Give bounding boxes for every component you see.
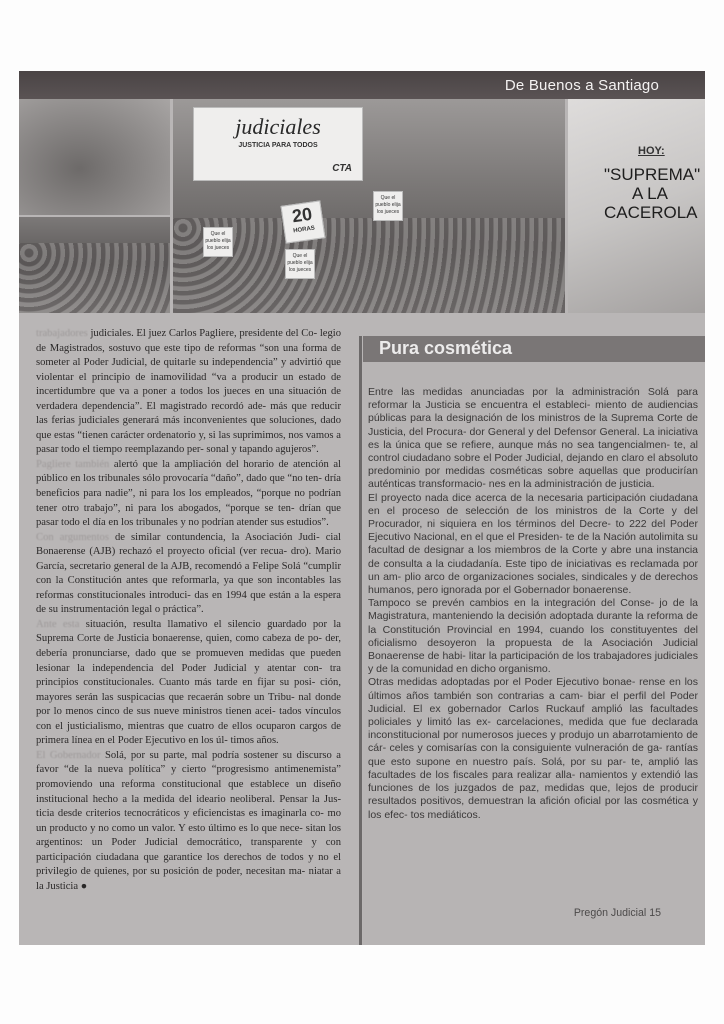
column-divider	[359, 336, 362, 945]
placard-text: Que el pueblo elija los jueces	[205, 231, 230, 251]
faded-lead: trabajadores	[36, 328, 90, 339]
sign-20-number: 20	[291, 204, 314, 227]
magazine-page: De Buenos a Santiago judiciales JUSTICIA…	[19, 71, 705, 945]
article-paragraph: Pagliere también alertó que la ampliació…	[36, 458, 341, 531]
banner-sub-text: JUSTICIA PARA TODOS	[194, 142, 362, 149]
section-title: De Buenos a Santiago	[505, 77, 659, 94]
sidebar-box-pura-cosmetica: Pura cosmética Entre las medidas anuncia…	[363, 336, 705, 945]
cta-logo: CTA	[332, 163, 352, 174]
cacerola-text: "SUPREMA" A LA CACEROLA	[604, 165, 696, 222]
faded-lead: Con argumentos	[36, 532, 115, 543]
paragraph-text: judiciales. El juez Carlos Pagliere, pre…	[36, 328, 341, 455]
banner-judiciales: judiciales JUSTICIA PARA TODOS CTA	[193, 107, 363, 181]
sidebar-box-body: Entre las medidas anunciadas por la admi…	[368, 386, 698, 822]
faded-lead: El Gobernador	[36, 750, 105, 761]
sign-placard: Que el pueblo elija los jueces	[285, 249, 315, 279]
sidebar-paragraph: Otras medidas adoptadas por el Poder Eje…	[368, 676, 698, 821]
paragraph-text: situación, resulta llamativo el silencio…	[36, 619, 341, 746]
section-banner: De Buenos a Santiago	[19, 71, 705, 99]
article-paragraph: Con argumentos de similar contundencia, …	[36, 531, 341, 618]
photo-blurred-crowd-bottom	[19, 217, 170, 313]
sidebar-box-title: Pura cosmética	[379, 338, 512, 359]
page-footer: Pregón Judicial 15	[574, 907, 661, 919]
article-paragraph: El Gobernador Solá, por su parte, mal po…	[36, 749, 341, 894]
sign-20-label: HORAS	[285, 223, 324, 236]
crowd-texture	[19, 243, 170, 313]
banner-main-text: judiciales	[194, 114, 362, 140]
sign-placard: Que el pueblo elija los jueces	[373, 191, 403, 221]
sign-20-horas: 20 HORAS	[281, 200, 326, 243]
sidebar-paragraph: Tampoco se prevén cambios en la integrac…	[368, 597, 698, 676]
photo-protest-march: judiciales JUSTICIA PARA TODOS CTA 20 HO…	[173, 99, 565, 313]
sidebar-paragraph: El proyecto nada dice acerca de la neces…	[368, 492, 698, 598]
photo-cacerola-banner: HOY: "SUPREMA" A LA CACEROLA	[568, 99, 705, 313]
photo-blurred-crowd-top	[19, 99, 170, 215]
cacerola-hoy: HOY:	[638, 145, 665, 157]
article-paragraph: Ante esta situación, resulta llamativo e…	[36, 618, 341, 749]
sidebar-paragraph: Entre las medidas anunciadas por la admi…	[368, 386, 698, 492]
placard-text: Que el pueblo elija los jueces	[375, 195, 400, 215]
sidebar-box-header: Pura cosmética	[363, 336, 705, 362]
placard-text: Que el pueblo elija los jueces	[287, 253, 312, 273]
article-paragraph: trabajadores judiciales. El juez Carlos …	[36, 327, 341, 458]
photo-collage: judiciales JUSTICIA PARA TODOS CTA 20 HO…	[19, 99, 705, 313]
banner-cacerola: HOY: "SUPREMA" A LA CACEROLA	[576, 105, 696, 305]
faded-lead: Pagliere también	[36, 459, 114, 470]
article-left-column: trabajadores judiciales. El juez Carlos …	[36, 327, 341, 894]
paragraph-text: de similar contundencia, la Asociación J…	[36, 532, 341, 616]
paragraph-text: Solá, por su parte, mal podría sostener …	[36, 750, 341, 892]
sign-placard: Que el pueblo elija los jueces	[203, 227, 233, 257]
faded-lead: Ante esta	[36, 619, 86, 630]
